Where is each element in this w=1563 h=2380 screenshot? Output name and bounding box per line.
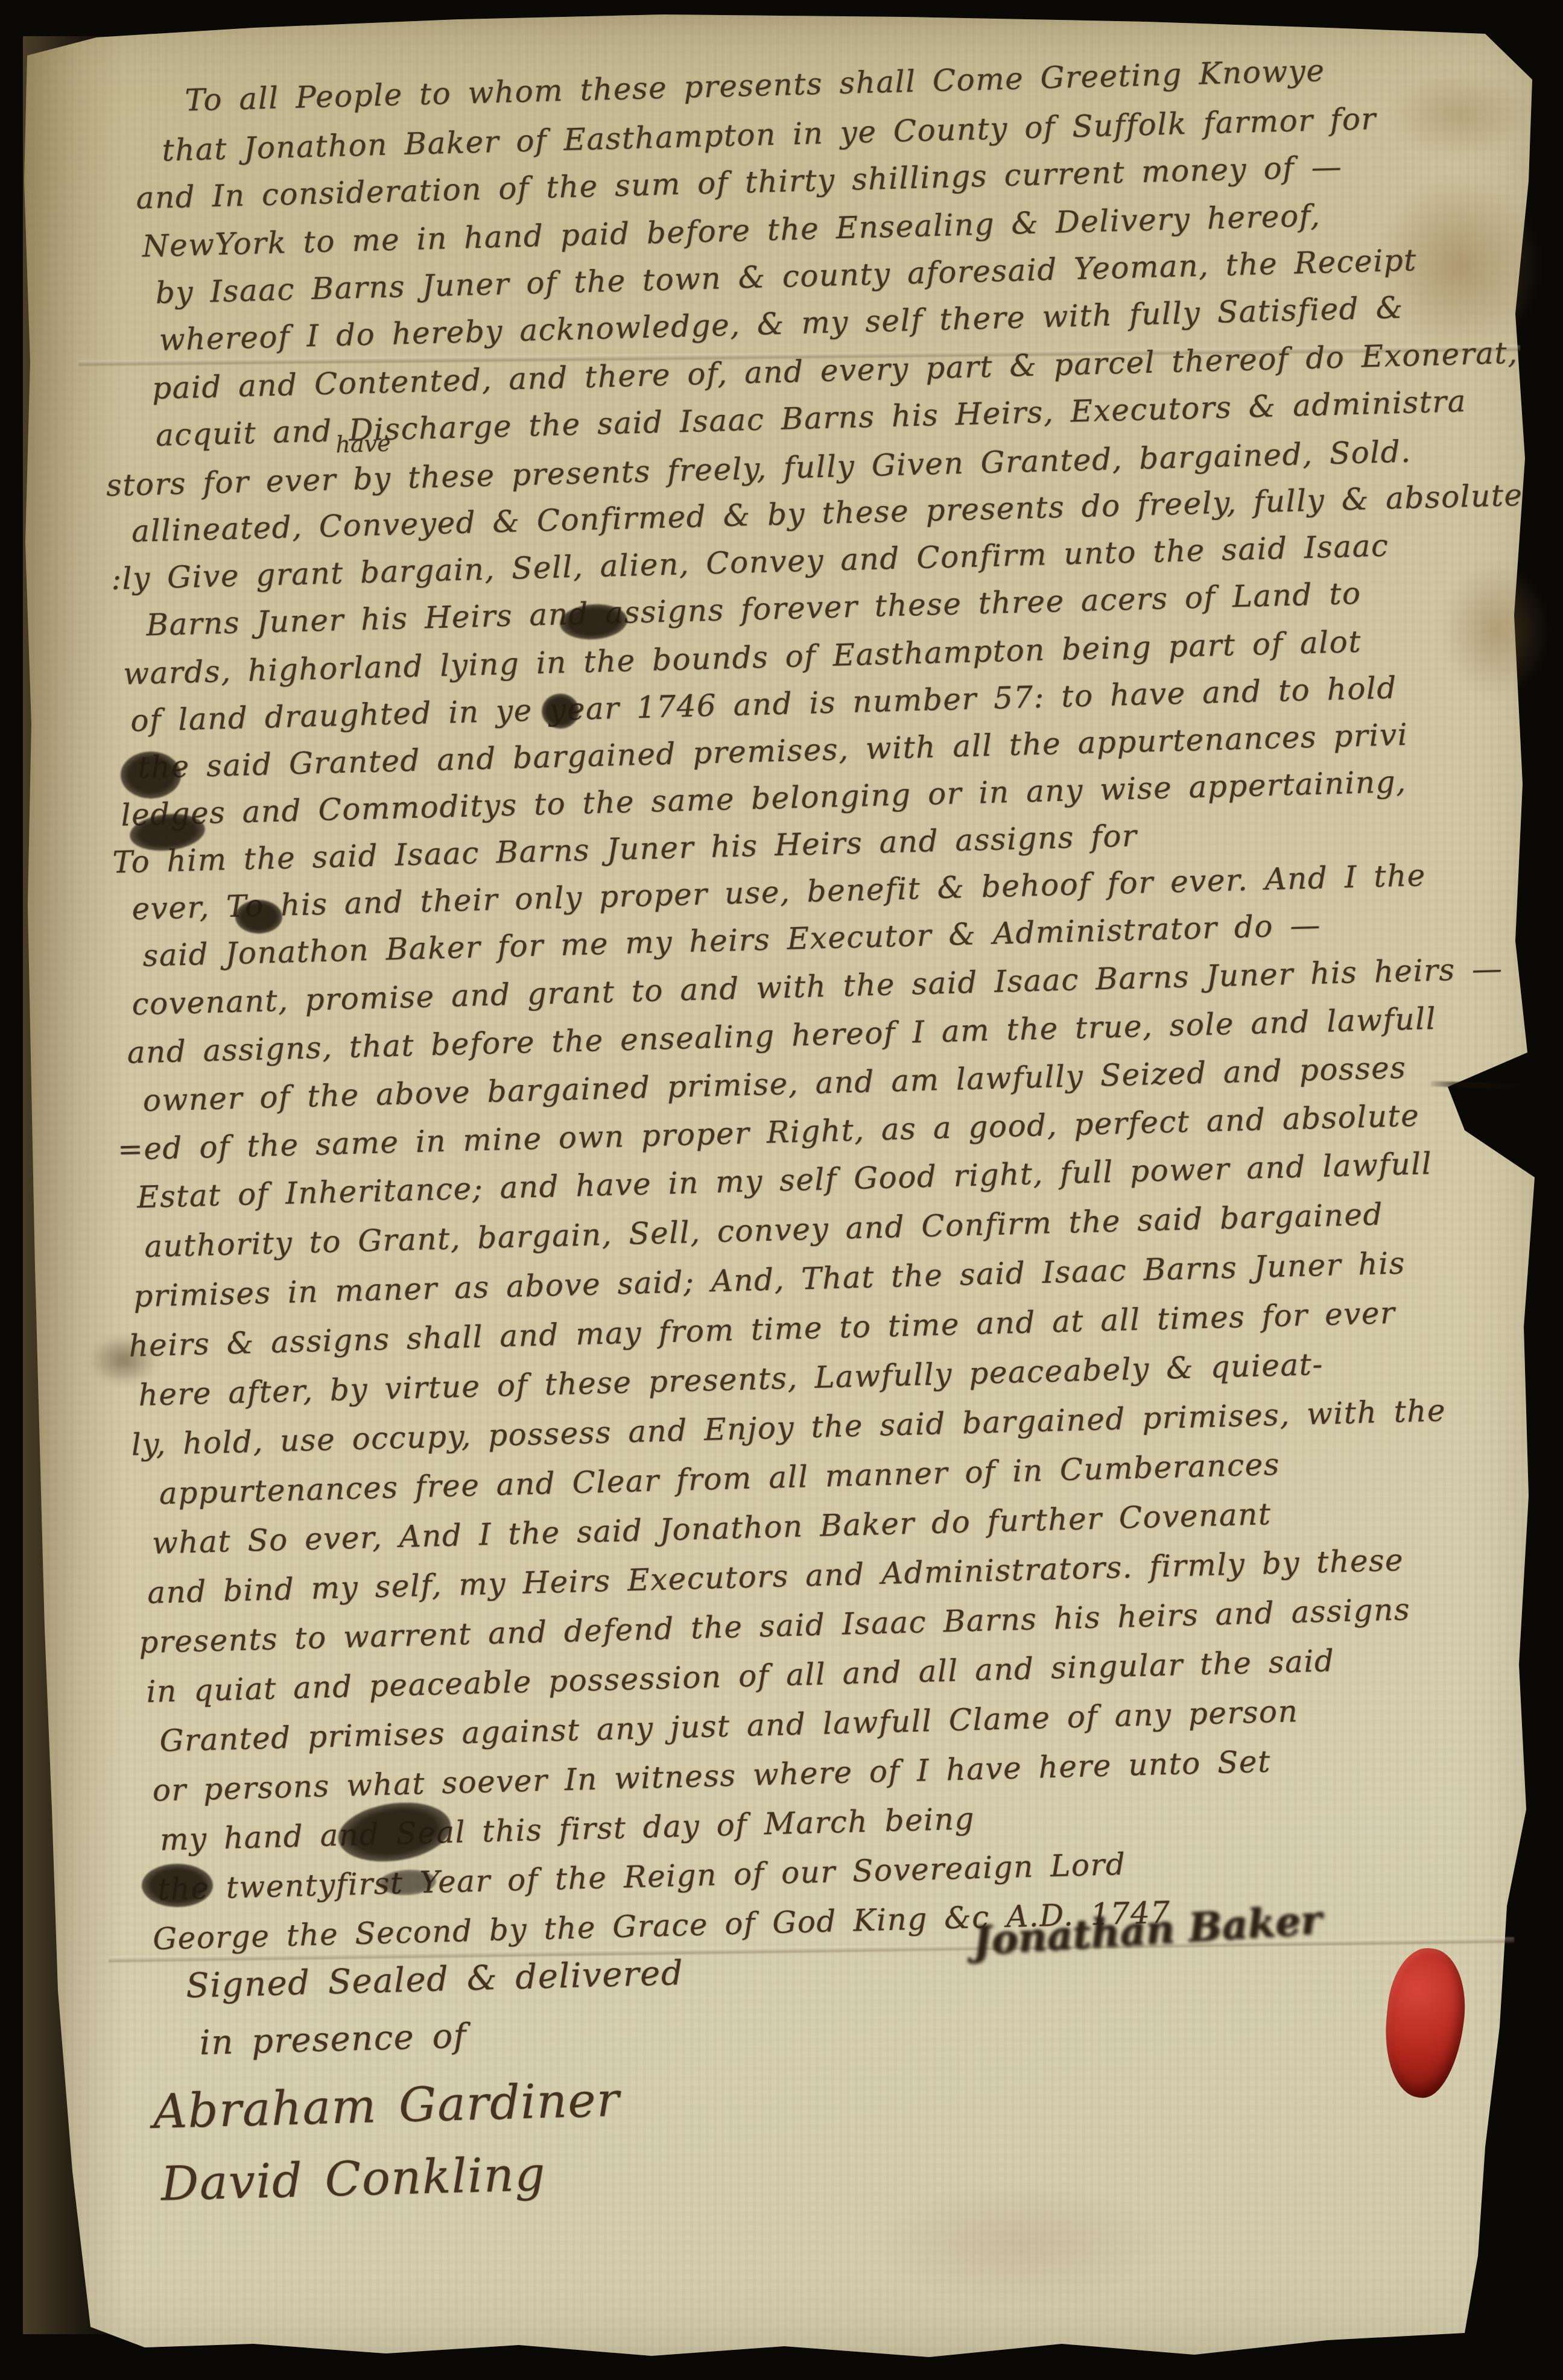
document-line: the twentyfirst Year of the Reign of our… bbox=[157, 1847, 1126, 1907]
ink-blot bbox=[235, 900, 282, 934]
witness-signature: Abraham Gardiner bbox=[153, 2073, 621, 2139]
interlinear-insertion: have bbox=[335, 430, 391, 458]
document-line: my hand and Seal this first day of March… bbox=[159, 1801, 975, 1857]
ink-blot bbox=[542, 694, 579, 729]
deed-text-block: To all People to whom these presents sha… bbox=[127, 31, 1563, 2371]
ink-blot bbox=[121, 752, 181, 799]
left-fold-shading bbox=[23, 36, 125, 2334]
witness-signature: David Conkling bbox=[160, 2147, 547, 2212]
attestation-line: Signed Sealed & delivered bbox=[185, 1954, 683, 2006]
ink-blot-strikeout bbox=[142, 1864, 213, 1907]
photograph-background: { "doc": { "lines": [ "To all People to … bbox=[0, 0, 1563, 2380]
attestation-line: in presence of bbox=[199, 2016, 468, 2063]
